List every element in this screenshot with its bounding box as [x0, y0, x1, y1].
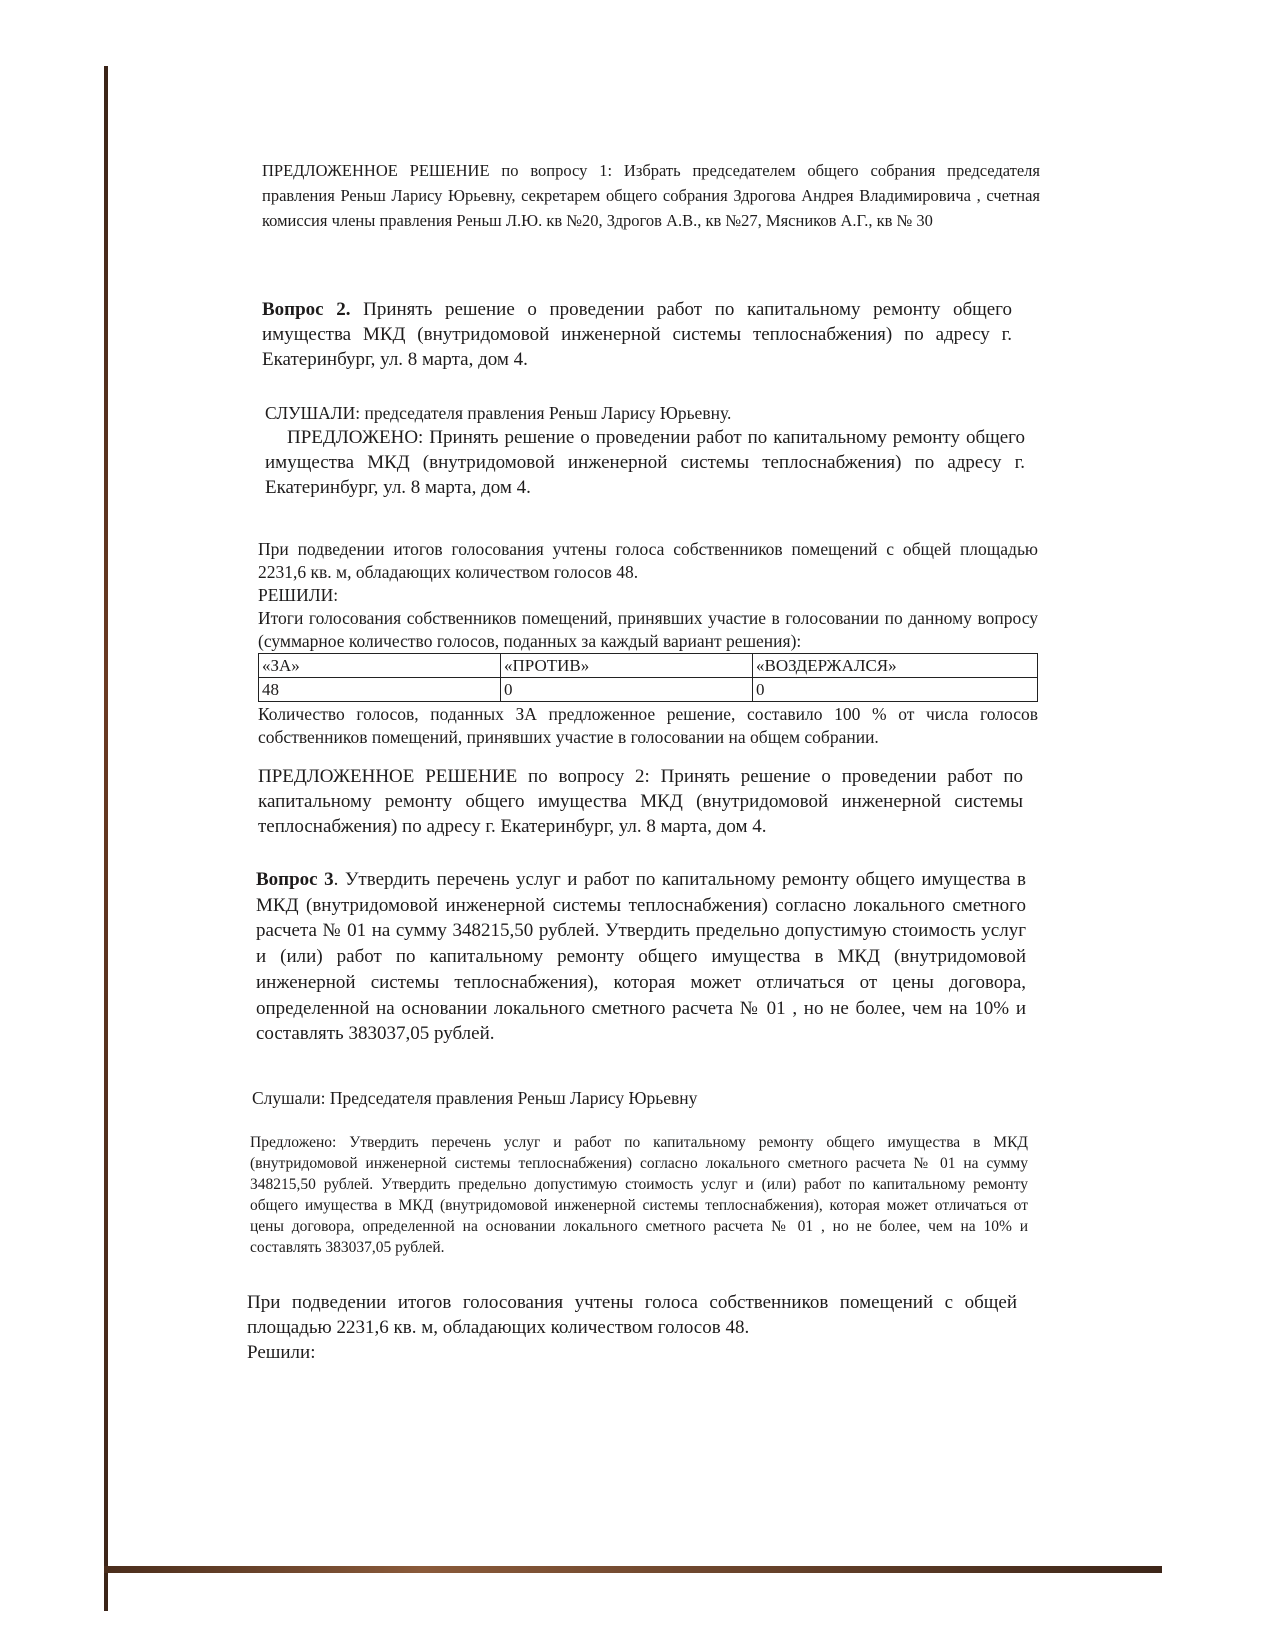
vote-table-value-row: 48 0 0	[259, 678, 1038, 702]
q2-results-intro: Итоги голосования собственников помещени…	[258, 607, 1038, 653]
q2-proposed-decision: ПРЕДЛОЖЕННОЕ РЕШЕНИЕ по вопросу 2: Приня…	[258, 764, 1023, 839]
q1-decision-heading: ПРЕДЛОЖЕННОЕ РЕШЕНИЕ	[262, 161, 490, 180]
q2-heard-proposed: СЛУШАЛИ: председателя правления Реньш Ла…	[265, 402, 1025, 500]
q2-heard: СЛУШАЛИ: председателя правления Реньш Ла…	[265, 402, 1025, 425]
q3-text: . Утвердить перечень услуг и работ по ка…	[256, 869, 1026, 1044]
q2-decision-heading: ПРЕДЛОЖЕННОЕ РЕШЕНИЕ	[258, 766, 517, 787]
q3-tally-intro: При подведении итогов голосования учтены…	[247, 1290, 1017, 1340]
vote-table-header-row: «ЗА» «ПРОТИВ» «ВОЗДЕРЖАЛСЯ»	[259, 654, 1038, 678]
q3-heard: Слушали: Председателя правления Реньш Ла…	[252, 1087, 1032, 1110]
q2-vote-table: «ЗА» «ПРОТИВ» «ВОЗДЕРЖАЛСЯ» 48 0 0	[258, 653, 1038, 702]
q3-proposed-text: Предложено: Утвердить перечень услуг и р…	[250, 1132, 1028, 1258]
vote-value-against: 0	[501, 678, 753, 702]
q3-tally: При подведении итогов голосования учтены…	[247, 1290, 1017, 1365]
q1-proposed-decision: ПРЕДЛОЖЕННОЕ РЕШЕНИЕ по вопросу 1: Избра…	[262, 158, 1040, 233]
question-3: Вопрос 3. Утвердить перечень услуг и раб…	[256, 867, 1026, 1047]
q2-tally-intro: При подведении итогов голосования учтены…	[258, 538, 1038, 584]
q3-proposed: Предложено: Утвердить перечень услуг и р…	[250, 1132, 1028, 1258]
q2-label: Вопрос 2.	[262, 299, 351, 320]
vote-header-against: «ПРОТИВ»	[501, 654, 753, 678]
page-edge-shadow-bottom	[104, 1566, 1162, 1573]
q2-percent-text: Количество голосов, поданных ЗА предложе…	[258, 703, 1038, 749]
vote-header-for: «ЗА»	[259, 654, 501, 678]
vote-value-for: 48	[259, 678, 501, 702]
page-edge-shadow-left	[104, 66, 108, 1611]
q2-decided: РЕШИЛИ:	[258, 584, 1038, 607]
vote-value-abstain: 0	[753, 678, 1038, 702]
q2-proposed: ПРЕДЛОЖЕНО: Принять решение о проведении…	[265, 425, 1025, 500]
q3-decided: Решили:	[247, 1340, 1017, 1365]
question-2: Вопрос 2. Принять решение о проведении р…	[262, 297, 1012, 372]
vote-header-abstain: «ВОЗДЕРЖАЛСЯ»	[753, 654, 1038, 678]
q2-text: Принять решение о проведении работ по ка…	[262, 299, 1012, 370]
q2-tally: При подведении итогов голосования учтены…	[258, 538, 1038, 749]
q3-heard-text: Слушали: Председателя правления Реньш Ла…	[252, 1087, 1032, 1110]
q3-label: Вопрос 3	[256, 869, 334, 890]
